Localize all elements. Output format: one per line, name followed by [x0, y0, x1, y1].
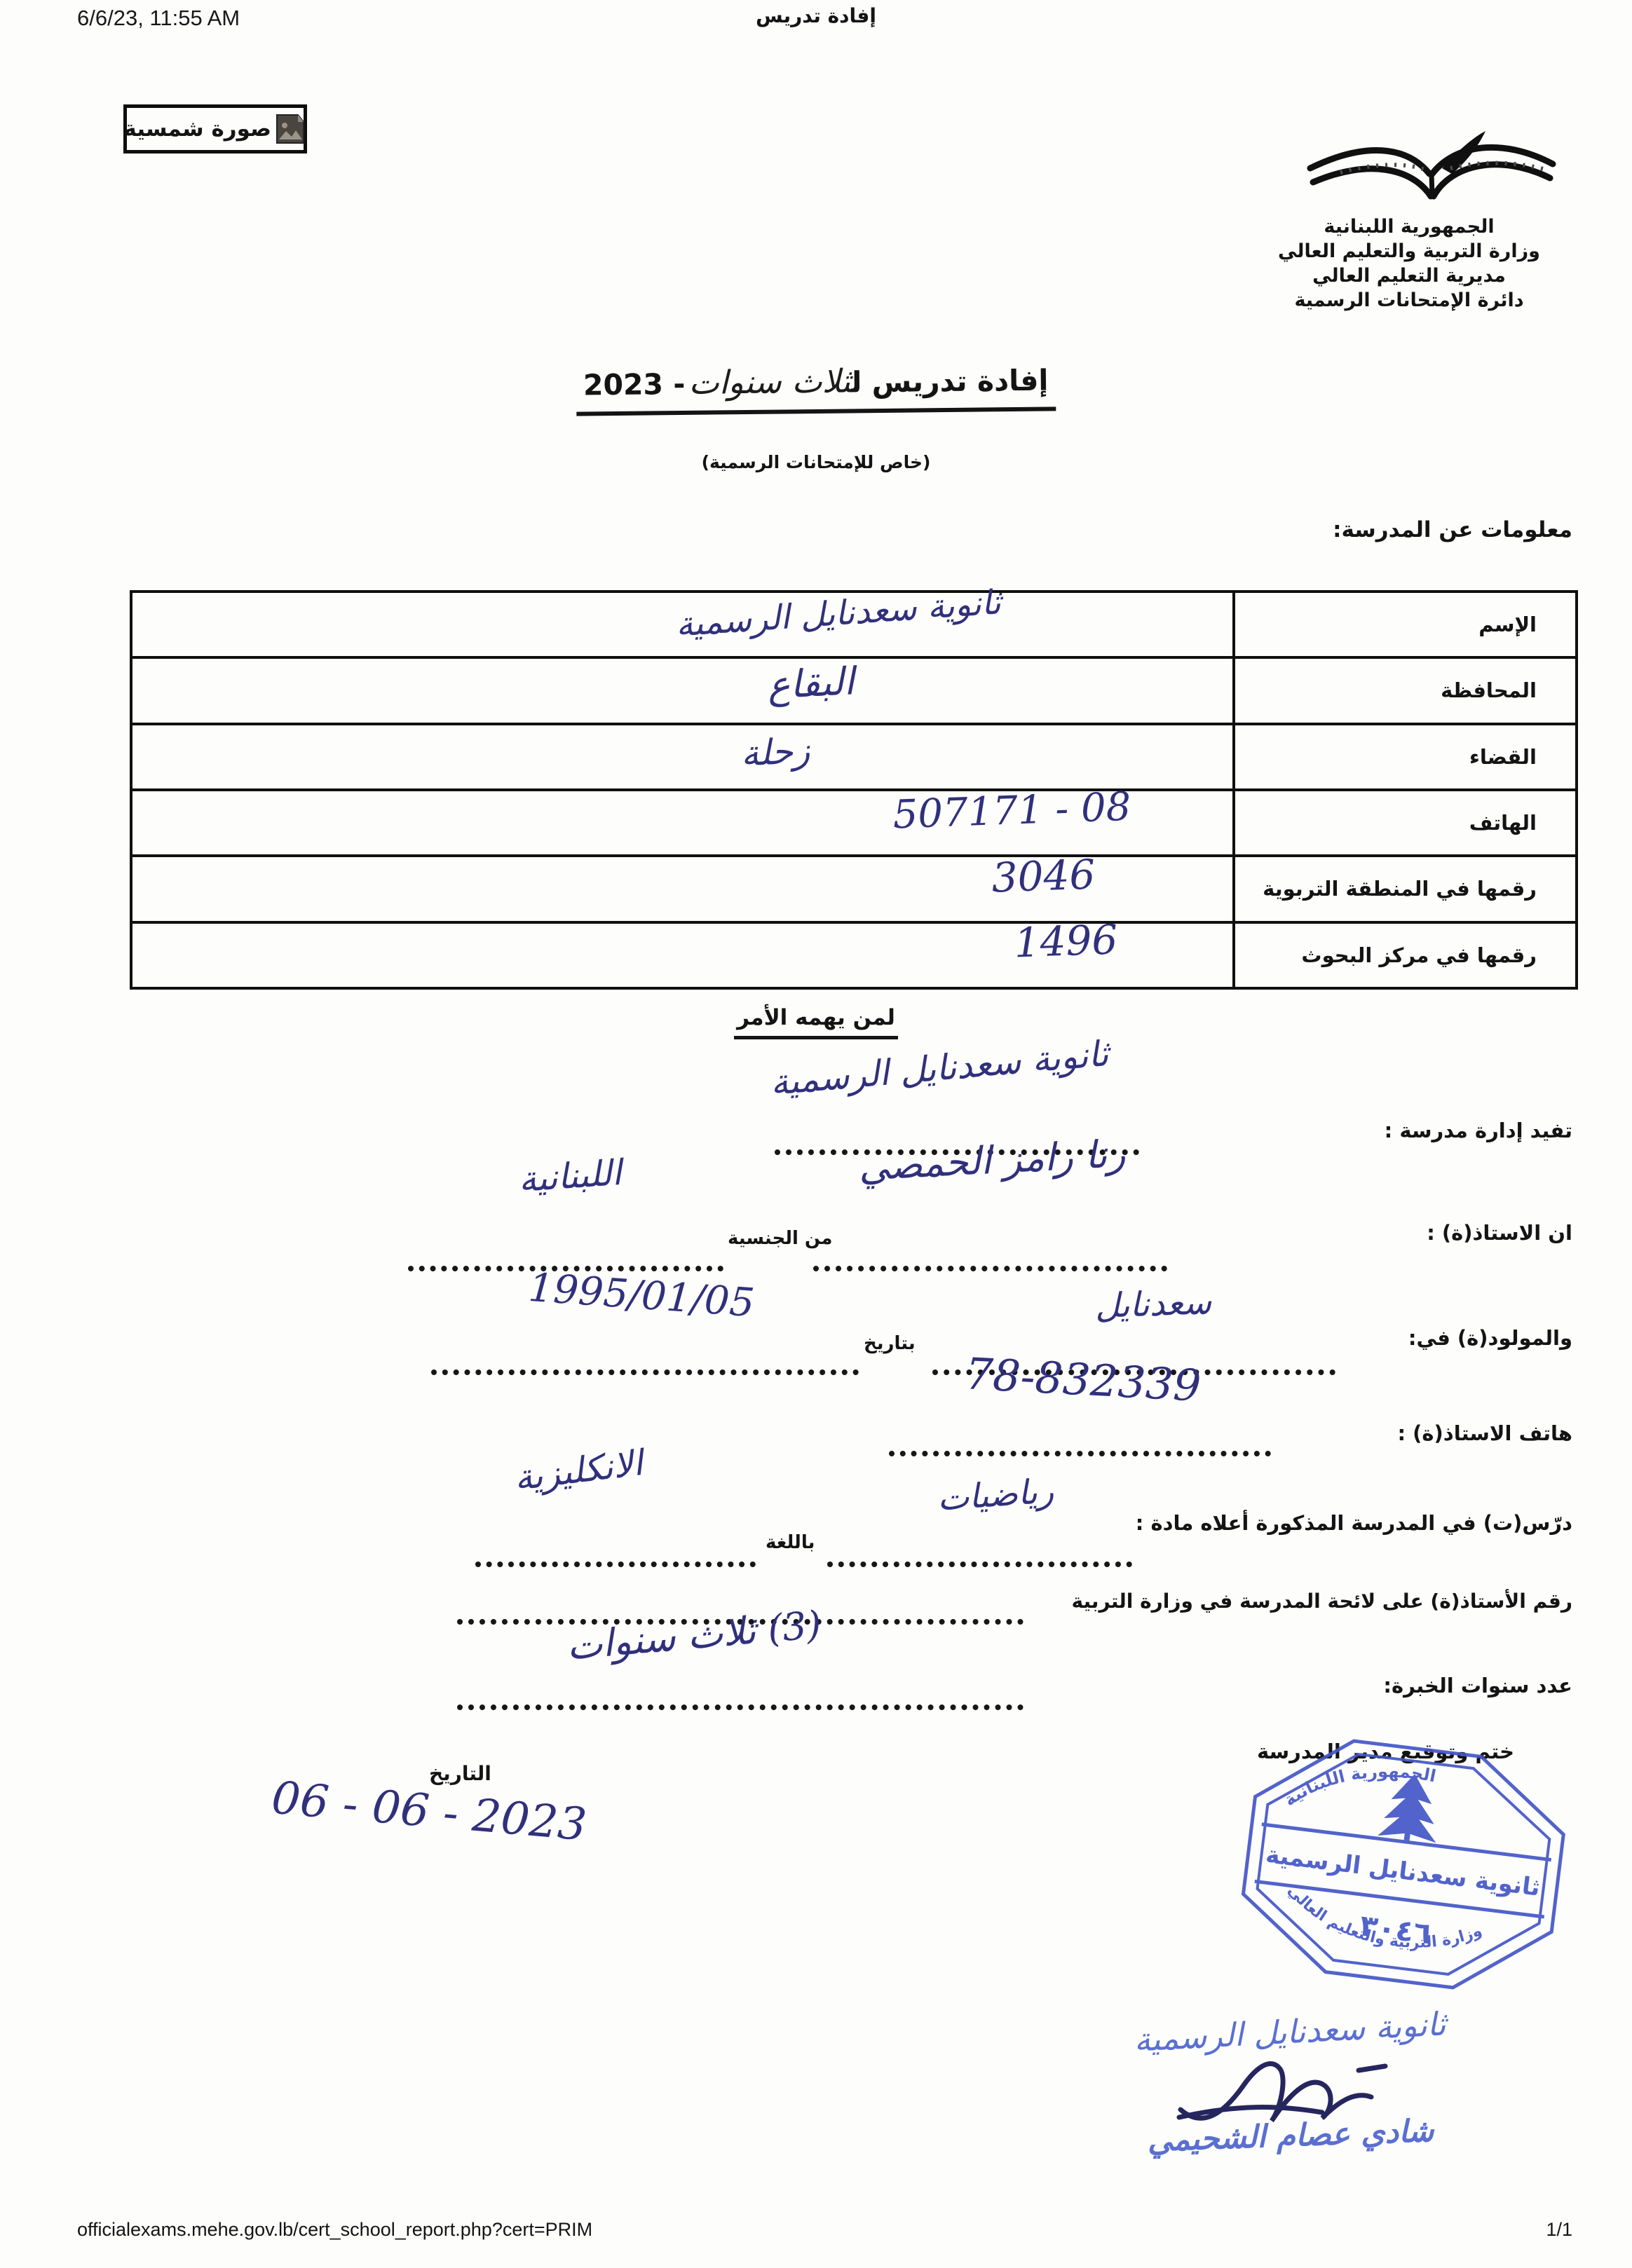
title-handwritten-duration: ثلاث سنوات	[688, 362, 851, 401]
school-info-heading: معلومات عن المدرسة:	[1333, 517, 1572, 542]
district-label: القضاء	[1232, 725, 1575, 788]
experience-label: عدد سنوات الخبرة:	[1383, 1674, 1572, 1697]
research-center-number-value: 1496	[1013, 919, 1118, 965]
school-name-label: الإسم	[1232, 593, 1575, 656]
table-row-name: ثانوية سعدنايل الرسمية الإسم	[132, 593, 1575, 656]
language-label: باللغة	[766, 1532, 815, 1553]
dotted-blank-birth-date	[431, 1364, 859, 1375]
district-value: زحلة	[740, 732, 811, 772]
governorate-value: البقاع	[766, 662, 855, 706]
teacher-name-handwritten-value: رنا رامز الحمصي	[760, 1129, 1224, 1193]
ministry-line-directorate: مديرية التعليم العالي	[1248, 264, 1570, 288]
teacher-phone-handwritten-value: 78-832339	[879, 1346, 1288, 1413]
date-label: التاريخ	[429, 1762, 491, 1785]
ministry-line-ministry: وزارة التربية والتعليم العالي	[1248, 239, 1570, 264]
school-phone-value: 08 - 507171	[892, 786, 1131, 836]
dotted-blank-experience	[457, 1699, 1024, 1710]
photo-box-label: صورة شمسية	[123, 116, 271, 142]
nationality-label: من الجنسية	[728, 1228, 832, 1249]
scanned-certificate-page: 6/6/23, 11:55 AM إفادة تدريس صورة شمسية …	[0, 0, 1632, 2268]
title-printed-part: إفادة تدريس ل	[851, 364, 1049, 399]
print-header-title: إفادة تدريس	[0, 4, 1632, 27]
birth-place-handwritten-value: سعدنايل	[988, 1281, 1318, 1328]
table-row-district-number: 3046 رقمها في المنطقة التربوية	[132, 854, 1575, 920]
research-center-number-label: رقمها في مركز البحوث	[1232, 924, 1575, 987]
subject-handwritten-value: رياضيات	[851, 1468, 1141, 1523]
ministry-line-exams-dept: دائرة الإمتحانات الرسمية	[1248, 288, 1570, 313]
open-book-quill-logo-icon	[1298, 128, 1565, 215]
print-footer-url: officialexams.mehe.gov.lb/cert_school_re…	[77, 2219, 592, 2241]
dotted-blank-teacher-phone	[889, 1445, 1271, 1456]
subject-label: درّس(ت) في المدرسة المذكورة أعلاه مادة :	[1136, 1511, 1572, 1535]
school-admin-handwritten-value: ثانوية سعدنايل الرسمية	[686, 1028, 1192, 1109]
teacher-label: ان الاستاذ(ة) :	[1427, 1221, 1572, 1245]
letter-heading: لمن يهمه الأمر	[0, 1005, 1632, 1039]
school-octagonal-stamp: ثانوية سعدنايل الرسمية ٣٠٤٦ الجمهورية ال…	[1213, 1709, 1594, 2023]
document-title: إفادة تدريس لثلاث سنوات - 2023	[0, 364, 1632, 414]
letter-heading-text: لمن يهمه الأمر	[734, 1005, 898, 1039]
nationality-handwritten-value: اللبنانية	[419, 1147, 722, 1205]
dotted-blank-teacher-name	[813, 1260, 1167, 1271]
title-year: - 2023	[583, 367, 686, 402]
broken-image-icon	[274, 111, 306, 147]
table-row-phone: 08 - 507171 الهاتف	[132, 788, 1575, 854]
table-row-research-number: 1496 رقمها في مركز البحوث	[132, 921, 1575, 987]
print-footer-page-number: 1/1	[1546, 2219, 1572, 2241]
table-row-district: زحلة القضاء	[132, 723, 1575, 788]
teacher-phone-label: هاتف الاستاذ(ة) :	[1397, 1421, 1572, 1445]
governorate-label: المحافظة	[1232, 659, 1575, 722]
ministry-header: الجمهورية اللبنانية وزارة التربية والتعل…	[1248, 214, 1570, 313]
language-handwritten-value: الانكليزية	[353, 1425, 803, 1516]
document-subtitle: (خاص للإمتحانات الرسمية)	[0, 452, 1632, 472]
dotted-blank-subject	[827, 1556, 1132, 1567]
school-info-table: ثانوية سعدنايل الرسمية الإسم البقاع المح…	[130, 590, 1578, 990]
school-name-value: ثانوية سعدنايل الرسمية	[674, 585, 1002, 643]
school-phone-label: الهاتف	[1232, 791, 1575, 854]
school-admin-label: تفيد إدارة مدرسة :	[1385, 1119, 1572, 1142]
photo-placeholder-box: صورة شمسية	[123, 104, 307, 153]
ministry-line-republic: الجمهورية اللبنانية	[1248, 214, 1570, 239]
education-district-number-label: رقمها في المنطقة التربوية	[1232, 857, 1575, 920]
experience-handwritten-value: (3) ثلاث سنوات	[441, 1594, 947, 1678]
birth-label: والمولود(ة) في:	[1408, 1326, 1572, 1350]
table-row-governorate: البقاع المحافظة	[132, 656, 1575, 722]
education-district-number-value: 3046	[991, 854, 1096, 900]
registry-number-label: رقم الأستاذ(ة) على لائحة المدرسة في وزار…	[1072, 1590, 1572, 1613]
dotted-blank-language	[475, 1556, 756, 1567]
